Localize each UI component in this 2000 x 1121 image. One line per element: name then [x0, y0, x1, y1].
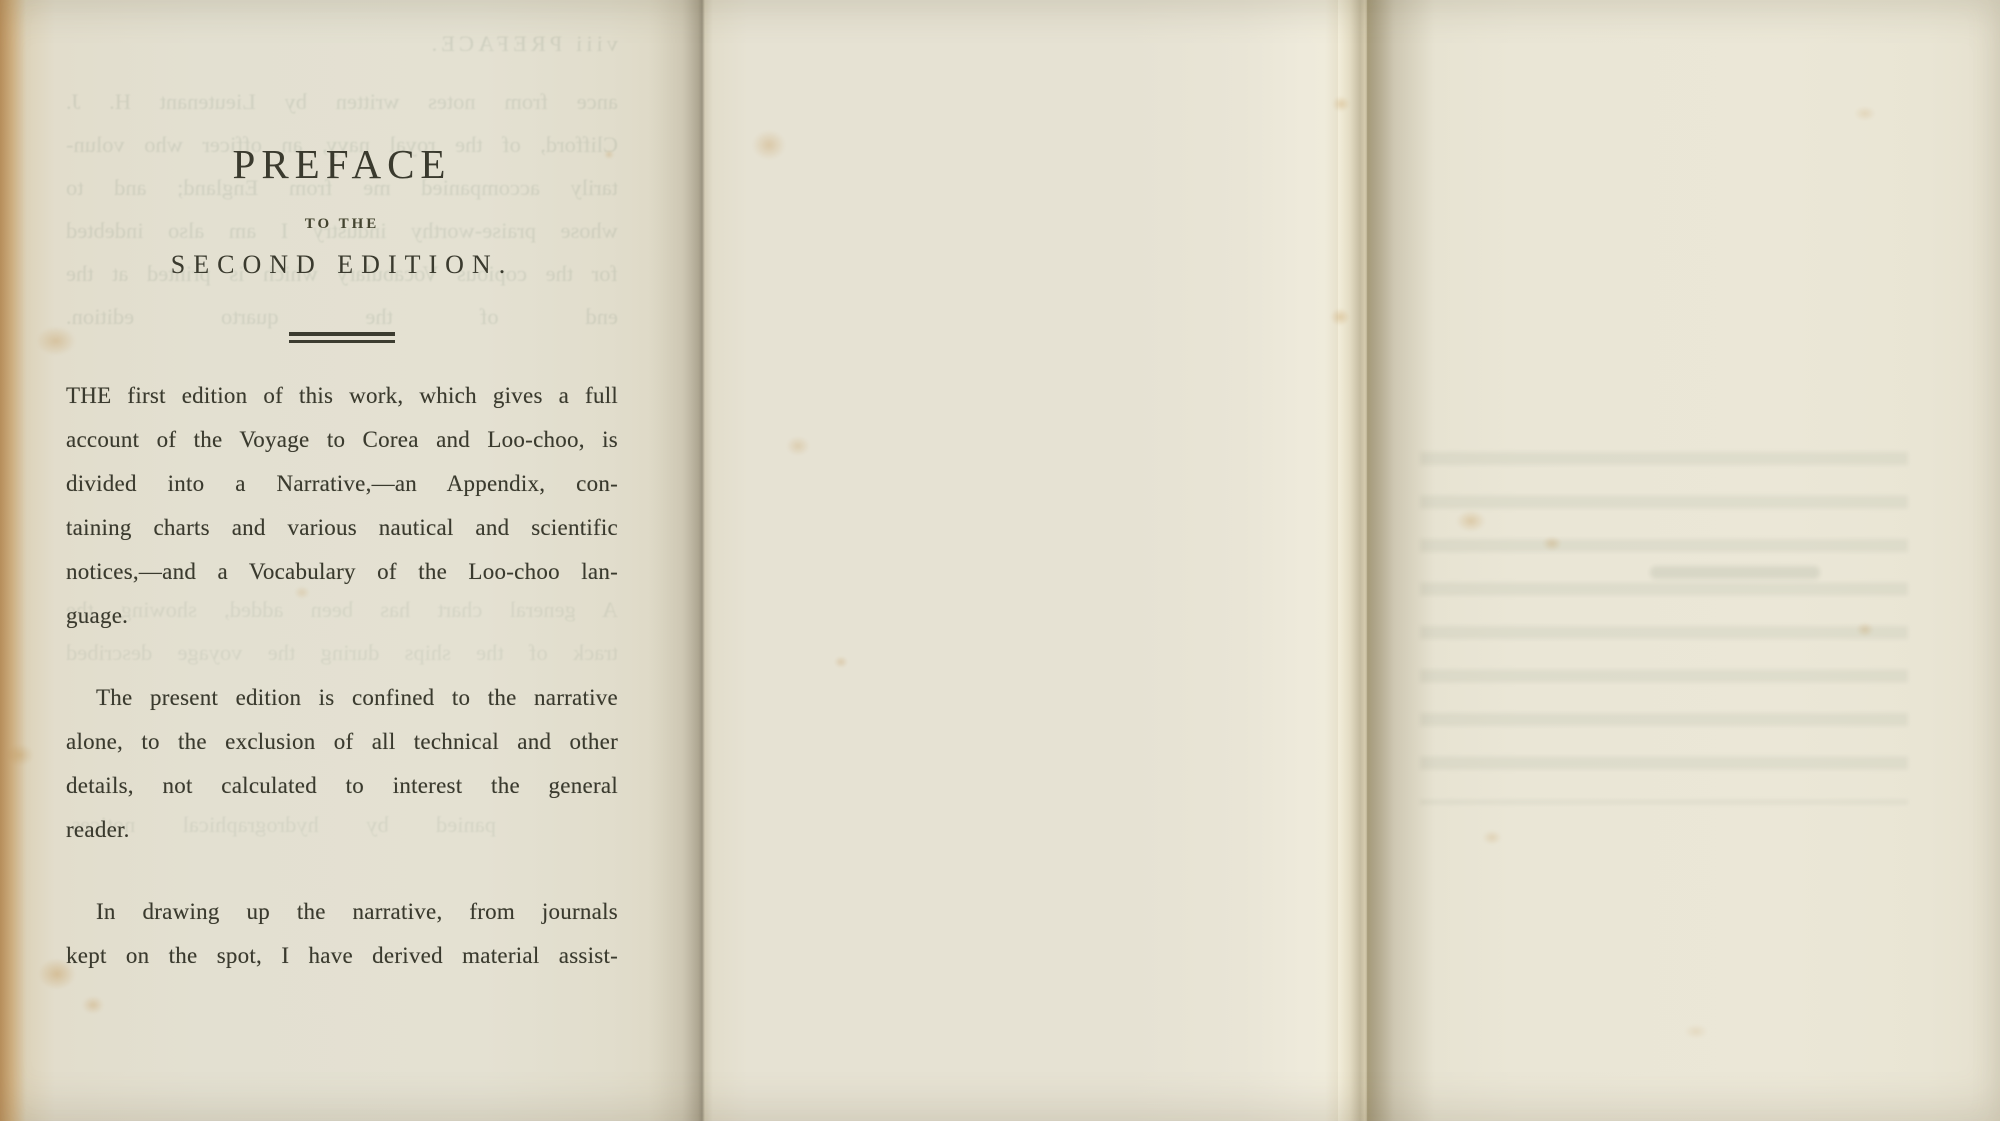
book-scan: viii PREFACE.ance from notes written by …	[0, 0, 2000, 1121]
foxing-stain	[1332, 96, 1350, 112]
foxing-stain	[1684, 1024, 1708, 1039]
foxing-stain	[36, 326, 76, 356]
foxing-stain	[834, 656, 848, 668]
foxing-stain	[6, 744, 34, 766]
text-line: notices,—and a Vocabulary of the Loo-cho…	[66, 550, 618, 594]
text-line: divided into a Narrative,—an Appendix, c…	[66, 462, 618, 506]
text-line: guage.	[66, 594, 618, 638]
text-line: The present edition is confined to the n…	[66, 676, 618, 720]
page-left: viii PREFACE.ance from notes written by …	[0, 0, 703, 1121]
foxing-stain	[82, 996, 104, 1014]
foxing-stain	[1542, 536, 1562, 551]
foxing-stain	[1330, 308, 1350, 326]
page-right: PREFACE. ix island of Loo-choo by Pere G…	[1367, 0, 2000, 1121]
left-page-text-column: THE first edition of this work, which gi…	[66, 0, 618, 1121]
ghost-showthrough-right-heading	[1650, 566, 1820, 579]
text-line: taining charts and various nautical and …	[66, 506, 618, 550]
foxing-stain	[1854, 106, 1876, 121]
foxing-stain	[1482, 830, 1502, 845]
text-line: kept on the spot, I have derived materia…	[66, 934, 618, 978]
foxing-stain	[752, 130, 786, 160]
foxing-stain	[294, 586, 310, 599]
foxing-stain	[786, 436, 810, 456]
paragraph: The present edition is confined to the n…	[66, 676, 618, 852]
text-line: details, not calculated to interest the …	[66, 764, 618, 808]
foxing-stain	[38, 958, 76, 990]
page-middle: PREFACE notices,—and a Vocabulary of the…	[703, 0, 1367, 1121]
text-line: THE first edition of this work, which gi…	[66, 374, 618, 418]
text-line: account of the Voyage to Corea and Loo-c…	[66, 418, 618, 462]
page-fold-shadow-left	[648, 0, 708, 1121]
text-line: In drawing up the narrative, from journa…	[66, 890, 618, 934]
page-fold-shadow-right	[1338, 0, 1434, 1121]
text-line: alone, to the exclusion of all technical…	[66, 720, 618, 764]
paragraph: THE first edition of this work, which gi…	[66, 374, 618, 638]
foxing-stain	[1856, 622, 1874, 637]
foxing-stain	[604, 150, 614, 159]
paragraph: In drawing up the narrative, from journa…	[66, 890, 618, 978]
text-line: reader.	[66, 808, 618, 852]
foxing-stain	[1456, 510, 1486, 532]
